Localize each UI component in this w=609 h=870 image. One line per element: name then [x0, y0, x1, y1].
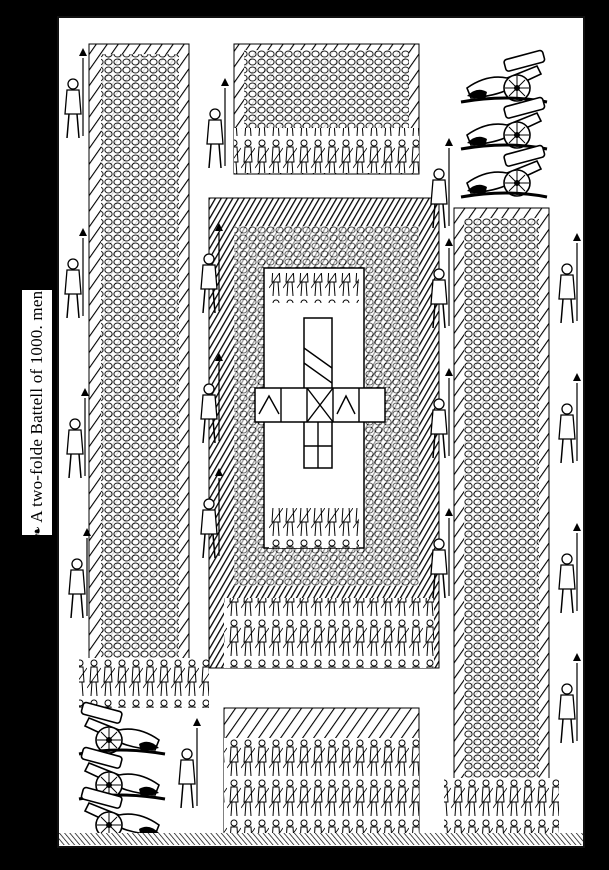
- caption-title: A two-folde Battell of 1000. men.: [27, 286, 46, 523]
- woodcut-plate: [57, 16, 585, 848]
- caption-strip: ❧A two-folde Battell of 1000. men.: [22, 290, 54, 535]
- battle-formation-illustration: [59, 18, 585, 848]
- fleuron-icon: ❧: [31, 526, 46, 538]
- plate-caption: ❧A two-folde Battell of 1000. men.: [27, 286, 47, 537]
